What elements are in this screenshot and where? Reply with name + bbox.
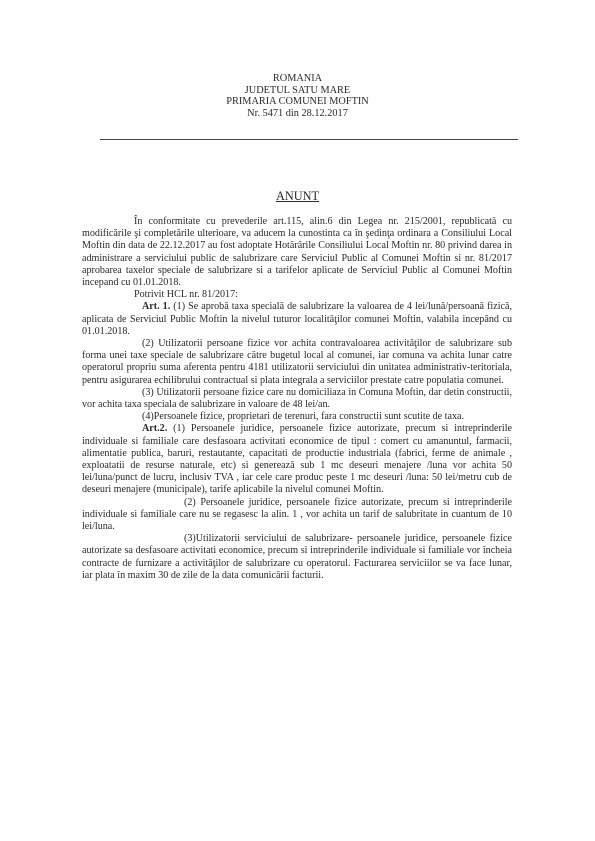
intro-paragraph: În conformitate cu prevederile art.115, …: [82, 216, 512, 289]
art1-label: Art. 1.: [142, 301, 170, 312]
art2-para1: Art.2. (1) Persoanele juridice, persoane…: [82, 423, 512, 496]
header-reference-number: Nr. 5471 din 28.12.2017: [0, 108, 595, 120]
art1-para1: Art. 1. (1) Se aprobă taxa specială de s…: [82, 301, 512, 338]
art2-para3: (3)Utilizatorii serviciului de salubriza…: [82, 533, 512, 582]
art2-label: Art.2.: [142, 423, 167, 434]
header-county: JUDETUL SATU MARE: [0, 85, 595, 97]
potrivit-line: Potrivit HCL nr. 81/2017:: [82, 289, 512, 301]
header-institution: PRIMARIA COMUNEI MOFTIN: [0, 96, 595, 108]
document-header: ROMANIA JUDETUL SATU MARE PRIMARIA COMUN…: [0, 73, 595, 119]
header-divider: [100, 139, 518, 140]
document-title: ANUNT: [0, 189, 595, 204]
art2-para2: (2) Persoanele juridice, persoanele fizi…: [82, 497, 512, 534]
header-country: ROMANIA: [0, 73, 595, 85]
art1-para3: (3) Utilizatorii persoane fizice care nu…: [82, 387, 512, 411]
art1-para2: (2) Utilizatorii persoane fizice vor ach…: [82, 338, 512, 387]
document-body: În conformitate cu prevederile art.115, …: [82, 216, 512, 582]
art1-para4: (4)Persoanele fizice, proprietari de ter…: [82, 411, 512, 423]
